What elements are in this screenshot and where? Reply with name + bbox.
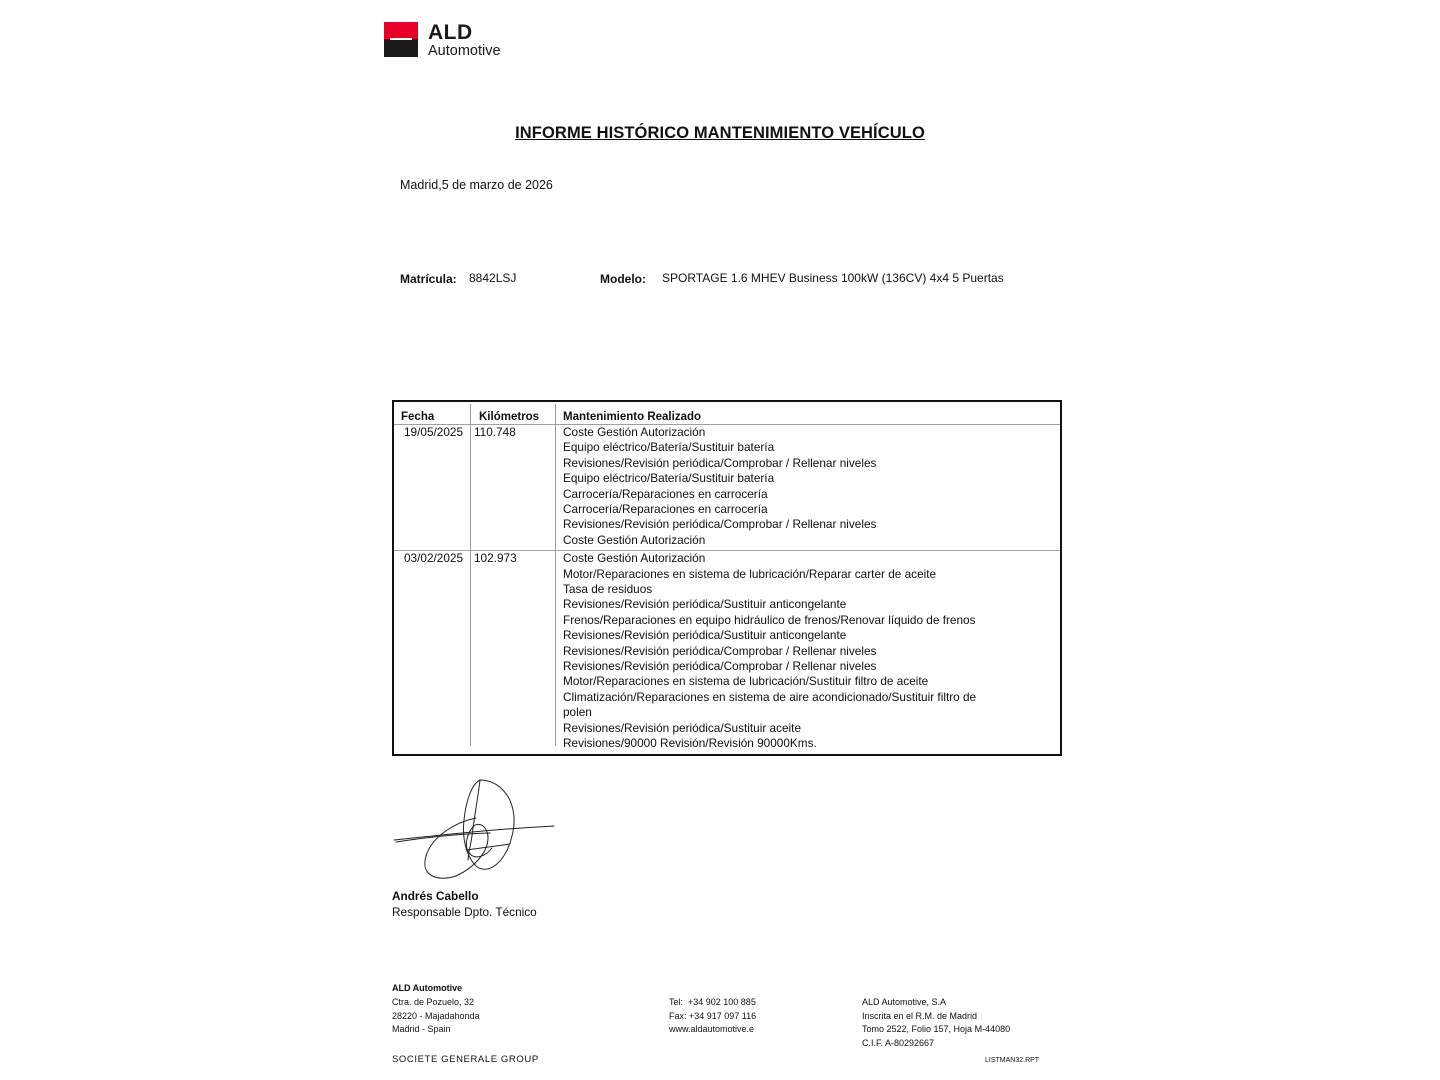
fax: Fax: +34 917 097 116 — [669, 1010, 756, 1024]
report-code: LISTMAN32.RPT — [985, 1057, 1039, 1064]
maintenance-item: Revisiones/Revisión periódica/Comprobar … — [563, 644, 976, 659]
legal-line: C.I.F. A-80292667 — [862, 1037, 1010, 1051]
maintenance-table: Fecha Kilómetros Mantenimiento Realizado… — [392, 400, 1062, 756]
plate-label: Matrícula: — [400, 272, 457, 286]
legal-line: Tomo 2522, Folio 157, Hoja M-44080 — [862, 1023, 1010, 1037]
header-date: Fecha — [401, 411, 434, 423]
address-line: Madrid - Spain — [392, 1023, 480, 1037]
maintenance-item: Revisiones/Revisión periódica/Sustituir … — [563, 597, 976, 612]
website-link[interactable]: www.aldautomotive.e — [669, 1023, 756, 1037]
maintenance-item: Climatización/Reparaciones en sistema de… — [563, 690, 976, 705]
maintenance-item: Carrocería/Reparaciones en carrocería — [563, 502, 876, 517]
maintenance-item: Motor/Reparaciones en sistema de lubrica… — [563, 567, 976, 582]
maintenance-item: Carrocería/Reparaciones en carrocería — [563, 487, 876, 502]
signature-image — [392, 778, 556, 882]
maintenance-item: Coste Gestión Autorización — [563, 533, 876, 548]
maintenance-item: Revisiones/Revisión periódica/Comprobar … — [563, 456, 876, 471]
address-line: Ctra. de Pozuelo, 32 — [392, 996, 480, 1010]
legal-line: ALD Automotive, S.A — [862, 996, 1010, 1010]
row-maintenance-items: Coste Gestión AutorizaciónEquipo eléctri… — [563, 425, 876, 548]
maintenance-item: Equipo eléctrico/Batería/Sustituir bater… — [563, 471, 876, 486]
row-maintenance-items: Coste Gestión AutorizaciónMotor/Reparaci… — [563, 551, 976, 751]
model-value: SPORTAGE 1.6 MHEV Business 100kW (136CV)… — [662, 271, 1004, 285]
maintenance-item: polen — [563, 705, 976, 720]
logo-brand-name: ALD — [428, 22, 473, 44]
phone: Tel: +34 902 100 885 — [669, 996, 756, 1010]
row-date: 03/02/2025 — [404, 551, 463, 566]
row-date: 19/05/2025 — [404, 425, 463, 440]
footer-address: Ctra. de Pozuelo, 32 28220 - Majadahonda… — [392, 996, 480, 1037]
legal-line: Inscrita en el R.M. de Madrid — [862, 1010, 1010, 1024]
logo-mark-icon — [384, 22, 418, 57]
logo-brand-subtitle: Automotive — [428, 43, 501, 59]
date: 5 de marzo de 2026 — [442, 178, 553, 192]
plate-value: 8842LSJ — [469, 271, 516, 285]
ald-automotive-logo: ALD Automotive — [384, 22, 512, 60]
maintenance-item: Revisiones/Revisión periódica/Sustituir … — [563, 628, 976, 643]
footer-legal: ALD Automotive, S.A Inscrita en el R.M. … — [862, 996, 1010, 1050]
signatory-name: Andrés Cabello — [392, 889, 479, 903]
document-title: INFORME HISTÓRICO MANTENIMIENTO VEHÍCULO — [0, 124, 1440, 143]
maintenance-item: Equipo eléctrico/Batería/Sustituir bater… — [563, 440, 876, 455]
place-date: Madrid,5 de marzo de 2026 — [400, 178, 553, 192]
group-name: SOCIETE GENERALE GROUP — [392, 1054, 539, 1065]
row-km: 102.973 — [474, 551, 517, 566]
maintenance-item: Revisiones/90000 Revisión/Revisión 90000… — [563, 736, 976, 751]
address-line: 28220 - Majadahonda — [392, 1010, 480, 1024]
row-km: 110.748 — [474, 425, 516, 440]
column-divider — [470, 404, 471, 746]
model-label: Modelo: — [600, 272, 646, 286]
maintenance-item: Motor/Reparaciones en sistema de lubrica… — [563, 674, 976, 689]
maintenance-item: Coste Gestión Autorización — [563, 551, 976, 566]
header-km: Kilómetros — [479, 411, 539, 423]
maintenance-item: Frenos/Reparaciones en equipo hidráulico… — [563, 613, 976, 628]
maintenance-item: Revisiones/Revisión periódica/Comprobar … — [563, 517, 876, 532]
maintenance-item: Revisiones/Revisión periódica/Comprobar … — [563, 659, 976, 674]
header-maintenance: Mantenimiento Realizado — [563, 411, 701, 423]
place: Madrid, — [400, 178, 442, 192]
maintenance-item: Coste Gestión Autorización — [563, 425, 876, 440]
signatory-role: Responsable Dpto. Técnico — [392, 905, 537, 919]
footer-company: ALD Automotive — [392, 982, 462, 996]
column-divider — [555, 404, 556, 746]
maintenance-item: Tasa de residuos — [563, 582, 976, 597]
maintenance-item: Revisiones/Revisión periódica/Sustituir … — [563, 721, 976, 736]
footer-contact: Tel: +34 902 100 885 Fax: +34 917 097 11… — [669, 996, 756, 1037]
